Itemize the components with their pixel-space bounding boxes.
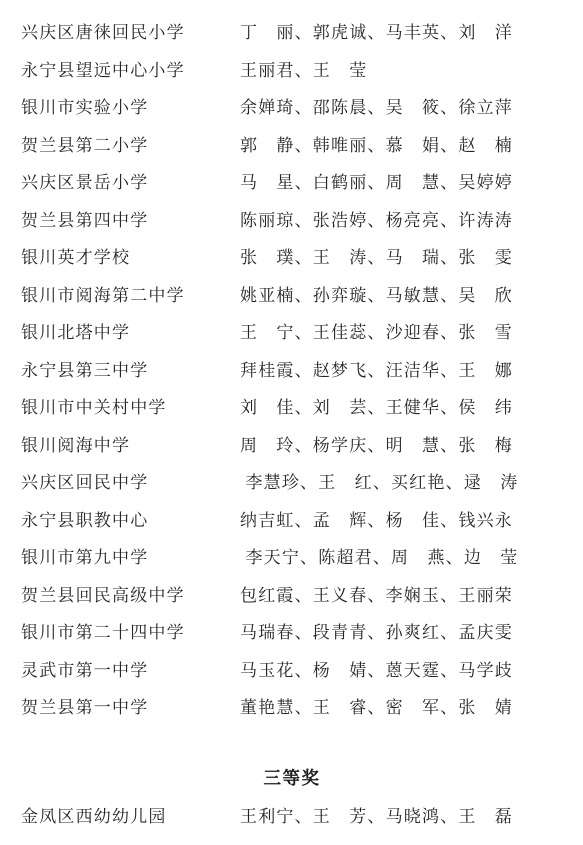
award-row: 兴庆区景岳小学 马 星、白鹤丽、周 慧、吴婷婷: [21, 162, 563, 200]
award-row: 贺兰县第四中学 陈丽琼、张浩婷、杨亮亮、许涛涛: [21, 200, 563, 238]
school-name: 贺兰县第一中学: [21, 693, 240, 718]
winner-names: 丁 丽、郭虎诚、马丰英、刘 洋: [240, 18, 563, 43]
school-name: 银川市第二十四中学: [21, 618, 240, 643]
award-list-page: 兴庆区唐徕回民小学 丁 丽、郭虎诚、马丰英、刘 洋 永宁县望远中心小学 王丽君、…: [0, 0, 583, 845]
winner-names: 周 玲、杨学庆、明 慧、张 梅: [240, 431, 563, 456]
winner-names: 王丽君、王 莹: [240, 56, 563, 81]
award-row: 永宁县望远中心小学 王丽君、王 莹: [21, 50, 563, 88]
award-row: 贺兰县第二小学 郭 静、韩唯丽、慕 娟、赵 楠: [21, 125, 563, 163]
award-row: 贺兰县回民高级中学 包红霞、王义春、李娴玉、王丽荣: [21, 575, 563, 613]
award-row: 银川北塔中学 王 宁、王佳蕊、沙迎春、张 雪: [21, 312, 563, 350]
winner-names: 包红霞、王义春、李娴玉、王丽荣: [240, 581, 563, 606]
winner-names: 拜桂霞、赵梦飞、汪洁华、王 娜: [240, 356, 563, 381]
winner-names: 董艳慧、王 睿、密 军、张 婧: [240, 693, 563, 718]
winner-names: 张 璞、王 涛、马 瑞、张 雯: [240, 243, 563, 268]
award-row: 永宁县第三中学 拜桂霞、赵梦飞、汪洁华、王 娜: [21, 350, 563, 388]
award-row: 银川市第九中学 李天宁、陈超君、周 燕、边 莹: [21, 537, 563, 575]
winner-names: 姚亚楠、孙弈璇、马敏慧、吴 欣: [240, 281, 563, 306]
winner-names: 王利宁、王 芳、马晓鸿、王 磊: [240, 802, 563, 827]
school-name: 永宁县第三中学: [21, 356, 240, 381]
school-name: 银川英才学校: [21, 243, 240, 268]
winner-names: 纳吉虹、孟 辉、杨 佳、钱兴永: [240, 506, 563, 531]
school-name: 兴庆区景岳小学: [21, 168, 240, 193]
winner-names: 李慧珍、王 红、买红艳、逯 涛: [240, 468, 563, 493]
award-row: 永宁县职教中心 纳吉虹、孟 辉、杨 佳、钱兴永: [21, 500, 563, 538]
award-row: 兴庆区唐徕回民小学 丁 丽、郭虎诚、马丰英、刘 洋: [21, 12, 563, 50]
winner-names: 马 星、白鹤丽、周 慧、吴婷婷: [240, 168, 563, 193]
school-name: 贺兰县第二小学: [21, 131, 240, 156]
award-row: 金凤区西幼幼儿园 王利宁、王 芳、马晓鸿、王 磊: [21, 796, 563, 834]
winner-names: 马瑞春、段青青、孙爽红、孟庆雯: [240, 618, 563, 643]
winner-names: 陈丽琼、张浩婷、杨亮亮、许涛涛: [240, 206, 563, 231]
school-name: 灵武市第一中学: [21, 656, 240, 681]
school-name: 银川市实验小学: [21, 93, 240, 118]
school-name: 贺兰县第四中学: [21, 206, 240, 231]
award-row: 银川市第二十四中学 马瑞春、段青青、孙爽红、孟庆雯: [21, 612, 563, 650]
winner-names: 马玉花、杨 婧、蒽天霆、马学歧: [240, 656, 563, 681]
school-name: 贺兰县回民高级中学: [21, 581, 240, 606]
school-name: 兴庆区回民中学: [21, 468, 240, 493]
award-row: 银川市中关村中学 刘 佳、刘 芸、王健华、侯 纬: [21, 387, 563, 425]
school-name: 银川市阅海第二中学: [21, 281, 240, 306]
school-name: 兴庆区唐徕回民小学: [21, 18, 240, 43]
school-name: 银川北塔中学: [21, 318, 240, 343]
winner-names: 王 宁、王佳蕊、沙迎春、张 雪: [240, 318, 563, 343]
school-name: 银川市第九中学: [21, 543, 240, 568]
award-row: 银川市实验小学 余婵琦、邵陈晨、吴 筱、徐立萍: [21, 87, 563, 125]
winner-names: 余婵琦、邵陈晨、吴 筱、徐立萍: [240, 93, 563, 118]
award-row: 兴庆区回民中学 李慧珍、王 红、买红艳、逯 涛: [21, 462, 563, 500]
winner-names: 刘 佳、刘 芸、王健华、侯 纬: [240, 393, 563, 418]
award-row: 银川市阅海第二中学 姚亚楠、孙弈璇、马敏慧、吴 欣: [21, 275, 563, 313]
winner-names: 郭 静、韩唯丽、慕 娟、赵 楠: [240, 131, 563, 156]
school-name: 永宁县职教中心: [21, 506, 240, 531]
school-name: 金凤区西幼幼儿园: [21, 802, 240, 827]
school-name: 银川阅海中学: [21, 431, 240, 456]
section-heading-third-prize: 三等奖: [21, 760, 563, 796]
award-row: 贺兰县第一中学 董艳慧、王 睿、密 军、张 婧: [21, 687, 563, 725]
school-name: 永宁县望远中心小学: [21, 56, 240, 81]
award-row: 灵武市第一中学 马玉花、杨 婧、蒽天霆、马学歧: [21, 650, 563, 688]
school-name: 银川市中关村中学: [21, 393, 240, 418]
award-row: 银川阅海中学 周 玲、杨学庆、明 慧、张 梅: [21, 425, 563, 463]
award-row: 银川英才学校 张 璞、王 涛、马 瑞、张 雯: [21, 237, 563, 275]
winner-names: 李天宁、陈超君、周 燕、边 莹: [240, 543, 563, 568]
